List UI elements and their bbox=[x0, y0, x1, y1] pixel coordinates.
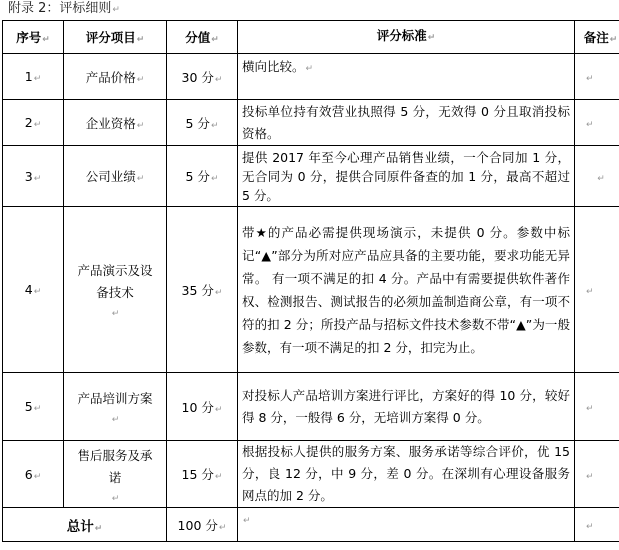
row-score: 5 分↵ bbox=[167, 100, 238, 146]
header-criteria: 评分标准↵ bbox=[238, 21, 575, 54]
row-criteria: 根据投标人提供的服务方案、服务承诺等综合评价，优 15 分，良 12 分，中 9… bbox=[238, 441, 575, 508]
row-no: 2↵ bbox=[3, 100, 64, 146]
paragraph-mark-icon: ↵ bbox=[586, 472, 594, 482]
row-note: ↵ bbox=[575, 100, 619, 146]
row-criteria: 提供 2017 年至今心理产品销售业绩，一个合同加 1 分，无合同为 0 分，提… bbox=[238, 146, 575, 207]
paragraph-mark-icon: ↵ bbox=[243, 516, 251, 526]
row-score: 15 分↵ bbox=[167, 441, 238, 508]
paragraph-mark-icon: ↵ bbox=[211, 174, 219, 184]
paragraph-mark-icon: ↵ bbox=[34, 287, 42, 297]
row-no: 4↵ bbox=[3, 207, 64, 373]
paragraph-mark-icon: ↵ bbox=[112, 415, 120, 425]
row-no: 1↵ bbox=[3, 54, 64, 100]
caption-text: 附录 2：评标细则 bbox=[8, 1, 111, 16]
row-item: 产品价格↵ bbox=[64, 54, 167, 100]
total-row: 总计↵ 100 分↵ ↵ ↵ bbox=[3, 508, 619, 542]
paragraph-mark-icon: ↵ bbox=[137, 174, 145, 184]
paragraph-mark-icon: ↵ bbox=[42, 35, 50, 45]
row-item: 产品培训方案↵ bbox=[64, 373, 167, 441]
row-criteria: 投标单位持有效营业执照得 5 分，无效得 0 分且取消投标资格。 bbox=[238, 100, 575, 146]
row-no: 5↵ bbox=[3, 373, 64, 441]
paragraph-mark-icon: ↵ bbox=[34, 120, 42, 130]
row-note: ↵ bbox=[575, 441, 619, 508]
table-row: 3↵ 公司业绩↵ 5 分↵ 提供 2017 年至今心理产品销售业绩，一个合同加 … bbox=[3, 146, 619, 207]
paragraph-mark-icon: ↵ bbox=[112, 309, 120, 319]
table-row: 2↵ 企业资格↵ 5 分↵ 投标单位持有效营业执照得 5 分，无效得 0 分且取… bbox=[3, 100, 619, 146]
row-criteria: 横向比较。↵ bbox=[238, 54, 575, 100]
row-item: 售后服务及承诺↵ bbox=[64, 441, 167, 508]
table-header-row: 序号↵ 评分项目↵ 分值↵ 评分标准↵ 备注↵ bbox=[3, 21, 619, 54]
paragraph-mark-icon: ↵ bbox=[215, 472, 223, 482]
paragraph-mark-icon: ↵ bbox=[137, 121, 145, 131]
row-score: 30 分↵ bbox=[167, 54, 238, 100]
paragraph-mark-icon: ↵ bbox=[428, 33, 436, 43]
table-row: 4↵ 产品演示及设备技术↵ 35 分↵ 带★的产品必需提供现场演示，未提供 0 … bbox=[3, 207, 619, 373]
row-criteria: 带★的产品必需提供现场演示，未提供 0 分。参数中标记“▲”部分为所对应产品应具… bbox=[238, 207, 575, 373]
paragraph-mark-icon: ↵ bbox=[586, 404, 594, 414]
paragraph-mark-icon: ↵ bbox=[586, 522, 594, 532]
table-row: 5↵ 产品培训方案↵ 10 分↵ 对投标人产品培训方案进行评比，方案好的得 10… bbox=[3, 373, 619, 441]
row-item: 产品演示及设备技术↵ bbox=[64, 207, 167, 373]
paragraph-mark-icon: ↵ bbox=[112, 5, 120, 15]
paragraph-mark-icon: ↵ bbox=[597, 174, 605, 184]
paragraph-mark-icon: ↵ bbox=[215, 405, 223, 415]
header-no: 序号↵ bbox=[3, 21, 64, 54]
paragraph-mark-icon: ↵ bbox=[306, 64, 314, 74]
total-score: 100 分↵ bbox=[167, 508, 238, 542]
total-note: ↵ bbox=[575, 508, 619, 542]
row-criteria: 对投标人产品培训方案进行评比，方案好的得 10 分，较好得 8 分，一般得 6 … bbox=[238, 373, 575, 441]
header-note: 备注↵ bbox=[575, 21, 619, 54]
paragraph-mark-icon: ↵ bbox=[215, 75, 223, 85]
paragraph-mark-icon: ↵ bbox=[34, 74, 42, 84]
paragraph-mark-icon: ↵ bbox=[112, 494, 120, 504]
row-note: ↵ bbox=[575, 54, 619, 100]
row-no: 3↵ bbox=[3, 146, 64, 207]
paragraph-mark-icon: ↵ bbox=[34, 472, 42, 482]
paragraph-mark-icon: ↵ bbox=[137, 35, 145, 45]
row-no: 6↵ bbox=[3, 441, 64, 508]
table-row: 6↵ 售后服务及承诺↵ 15 分↵ 根据投标人提供的服务方案、服务承诺等综合评价… bbox=[3, 441, 619, 508]
paragraph-mark-icon: ↵ bbox=[211, 35, 219, 45]
row-score: 35 分↵ bbox=[167, 207, 238, 373]
row-item: 企业资格↵ bbox=[64, 100, 167, 146]
paragraph-mark-icon: ↵ bbox=[95, 524, 103, 534]
header-item: 评分项目↵ bbox=[64, 21, 167, 54]
paragraph-mark-icon: ↵ bbox=[211, 121, 219, 131]
row-score: 5 分↵ bbox=[167, 146, 238, 207]
paragraph-mark-icon: ↵ bbox=[586, 74, 594, 84]
paragraph-mark-icon: ↵ bbox=[219, 523, 227, 533]
paragraph-mark-icon: ↵ bbox=[215, 288, 223, 298]
row-score: 10 分↵ bbox=[167, 373, 238, 441]
header-score: 分值↵ bbox=[167, 21, 238, 54]
row-note: ↵ bbox=[575, 146, 619, 207]
paragraph-mark-icon: ↵ bbox=[34, 174, 42, 184]
appendix-caption: 附录 2：评标细则↵ bbox=[8, 0, 120, 19]
paragraph-mark-icon: ↵ bbox=[586, 287, 594, 297]
paragraph-mark-icon: ↵ bbox=[610, 35, 618, 45]
paragraph-mark-icon: ↵ bbox=[34, 404, 42, 414]
paragraph-mark-icon: ↵ bbox=[137, 75, 145, 85]
total-label: 总计↵ bbox=[3, 508, 167, 542]
row-item: 公司业绩↵ bbox=[64, 146, 167, 207]
scoring-table: 序号↵ 评分项目↵ 分值↵ 评分标准↵ 备注↵ 1↵ 产品价格↵ 30 分↵ 横… bbox=[2, 20, 619, 542]
row-note: ↵ bbox=[575, 373, 619, 441]
table-row: 1↵ 产品价格↵ 30 分↵ 横向比较。↵ ↵ bbox=[3, 54, 619, 100]
total-criteria: ↵ bbox=[238, 508, 575, 542]
paragraph-mark-icon: ↵ bbox=[586, 120, 594, 130]
row-note: ↵ bbox=[575, 207, 619, 373]
